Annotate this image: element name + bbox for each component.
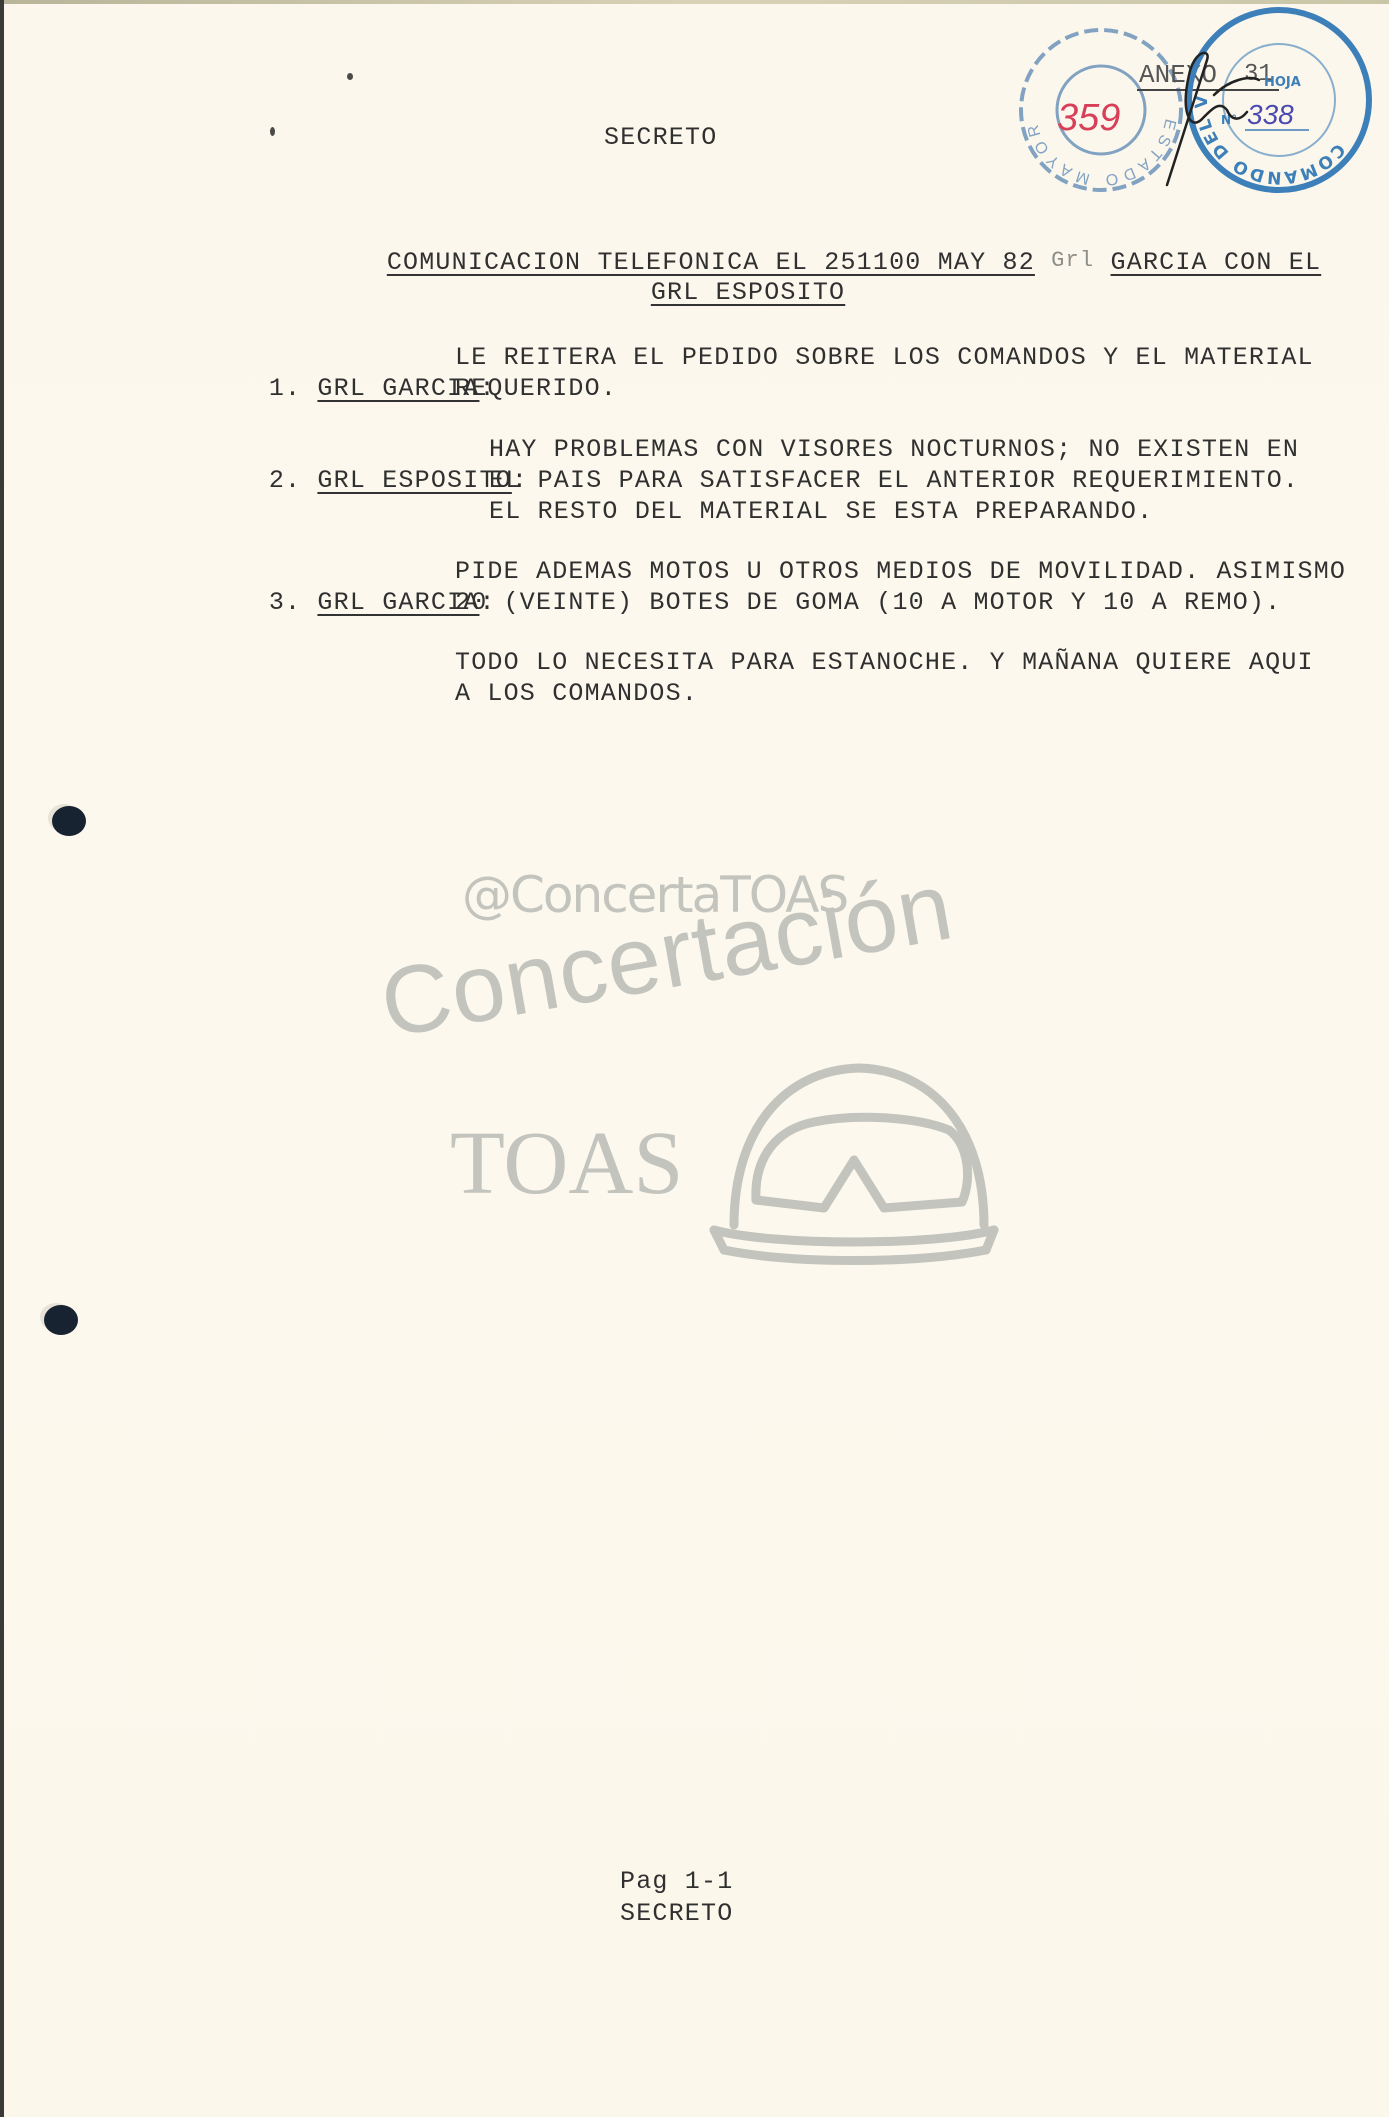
- right-stamp-number: 338: [1247, 99, 1294, 130]
- item-2: 2. GRL ESPOSITO:: [204, 434, 528, 527]
- item-number: 1.: [269, 374, 301, 403]
- svg-text:ESTADO MAYOR GENERAL: ESTADO MAYOR GENERAL: [989, 0, 1179, 189]
- item-1-line-2: REQUERIDO.: [455, 373, 617, 404]
- title-handwritten-insert: Grl: [1051, 248, 1094, 273]
- punch-hole-top: [52, 806, 86, 836]
- paper-speck: [347, 73, 353, 80]
- item-2-line-1: HAY PROBLEMAS CON VISORES NOCTURNOS; NO …: [489, 434, 1299, 465]
- item-3-line-1: PIDE ADEMAS MOTOS U OTROS MEDIOS DE MOVI…: [455, 556, 1346, 587]
- item-number: 2.: [269, 466, 301, 495]
- document-title-line2: GRL ESPOSITO: [586, 246, 845, 339]
- title-line1-part-b: GARCIA CON EL: [1111, 248, 1322, 277]
- footer-page-number: Pag 1-1: [620, 1866, 733, 1897]
- left-stamp: ESTADO MAYOR GENERAL: [989, 0, 1181, 190]
- item-number: 3.: [269, 588, 301, 617]
- watermark-org: TOAS: [450, 1112, 683, 1215]
- item-3-line-2: 20 (VEINTE) BOTES DE GOMA (10 A MOTOR Y …: [455, 587, 1281, 618]
- item-3-continuation-2: A LOS COMANDOS.: [455, 678, 698, 709]
- title-line2: GRL ESPOSITO: [651, 278, 845, 307]
- item-2-line-3: EL RESTO DEL MATERIAL SE ESTA PREPARANDO…: [489, 496, 1153, 527]
- item-1: 1. GRL GARCIA:: [204, 342, 496, 435]
- item-1-line-1: LE REITERA EL PEDIDO SOBRE LOS COMANDOS …: [455, 342, 1314, 373]
- hoja-label: HOJA: [1264, 75, 1301, 90]
- header-classification: SECRETO: [604, 122, 717, 153]
- item-speaker: GRL ESPOSITO: [317, 466, 511, 495]
- item-2-line-2: EL PAIS PARA SATISFACER EL ANTERIOR REQU…: [489, 465, 1299, 496]
- item-3: 3. GRL GARCIA:: [204, 556, 496, 649]
- left-stamp-number: 359: [1057, 97, 1120, 139]
- punch-hole-bottom: [44, 1305, 78, 1335]
- paper-speck: [270, 127, 275, 136]
- helmet-logo-icon: [694, 1050, 1014, 1270]
- official-stamps: ESTADO MAYOR GENERAL 359 ANEXO 31 COMAND…: [989, 0, 1389, 200]
- document-page: SECRETO COMUNICACION TELEFONICA EL 25110…: [0, 0, 1389, 2117]
- item-3-continuation-1: TODO LO NECESITA PARA ESTANOCHE. Y MAÑAN…: [455, 647, 1314, 678]
- footer-classification: SECRETO: [620, 1898, 733, 1929]
